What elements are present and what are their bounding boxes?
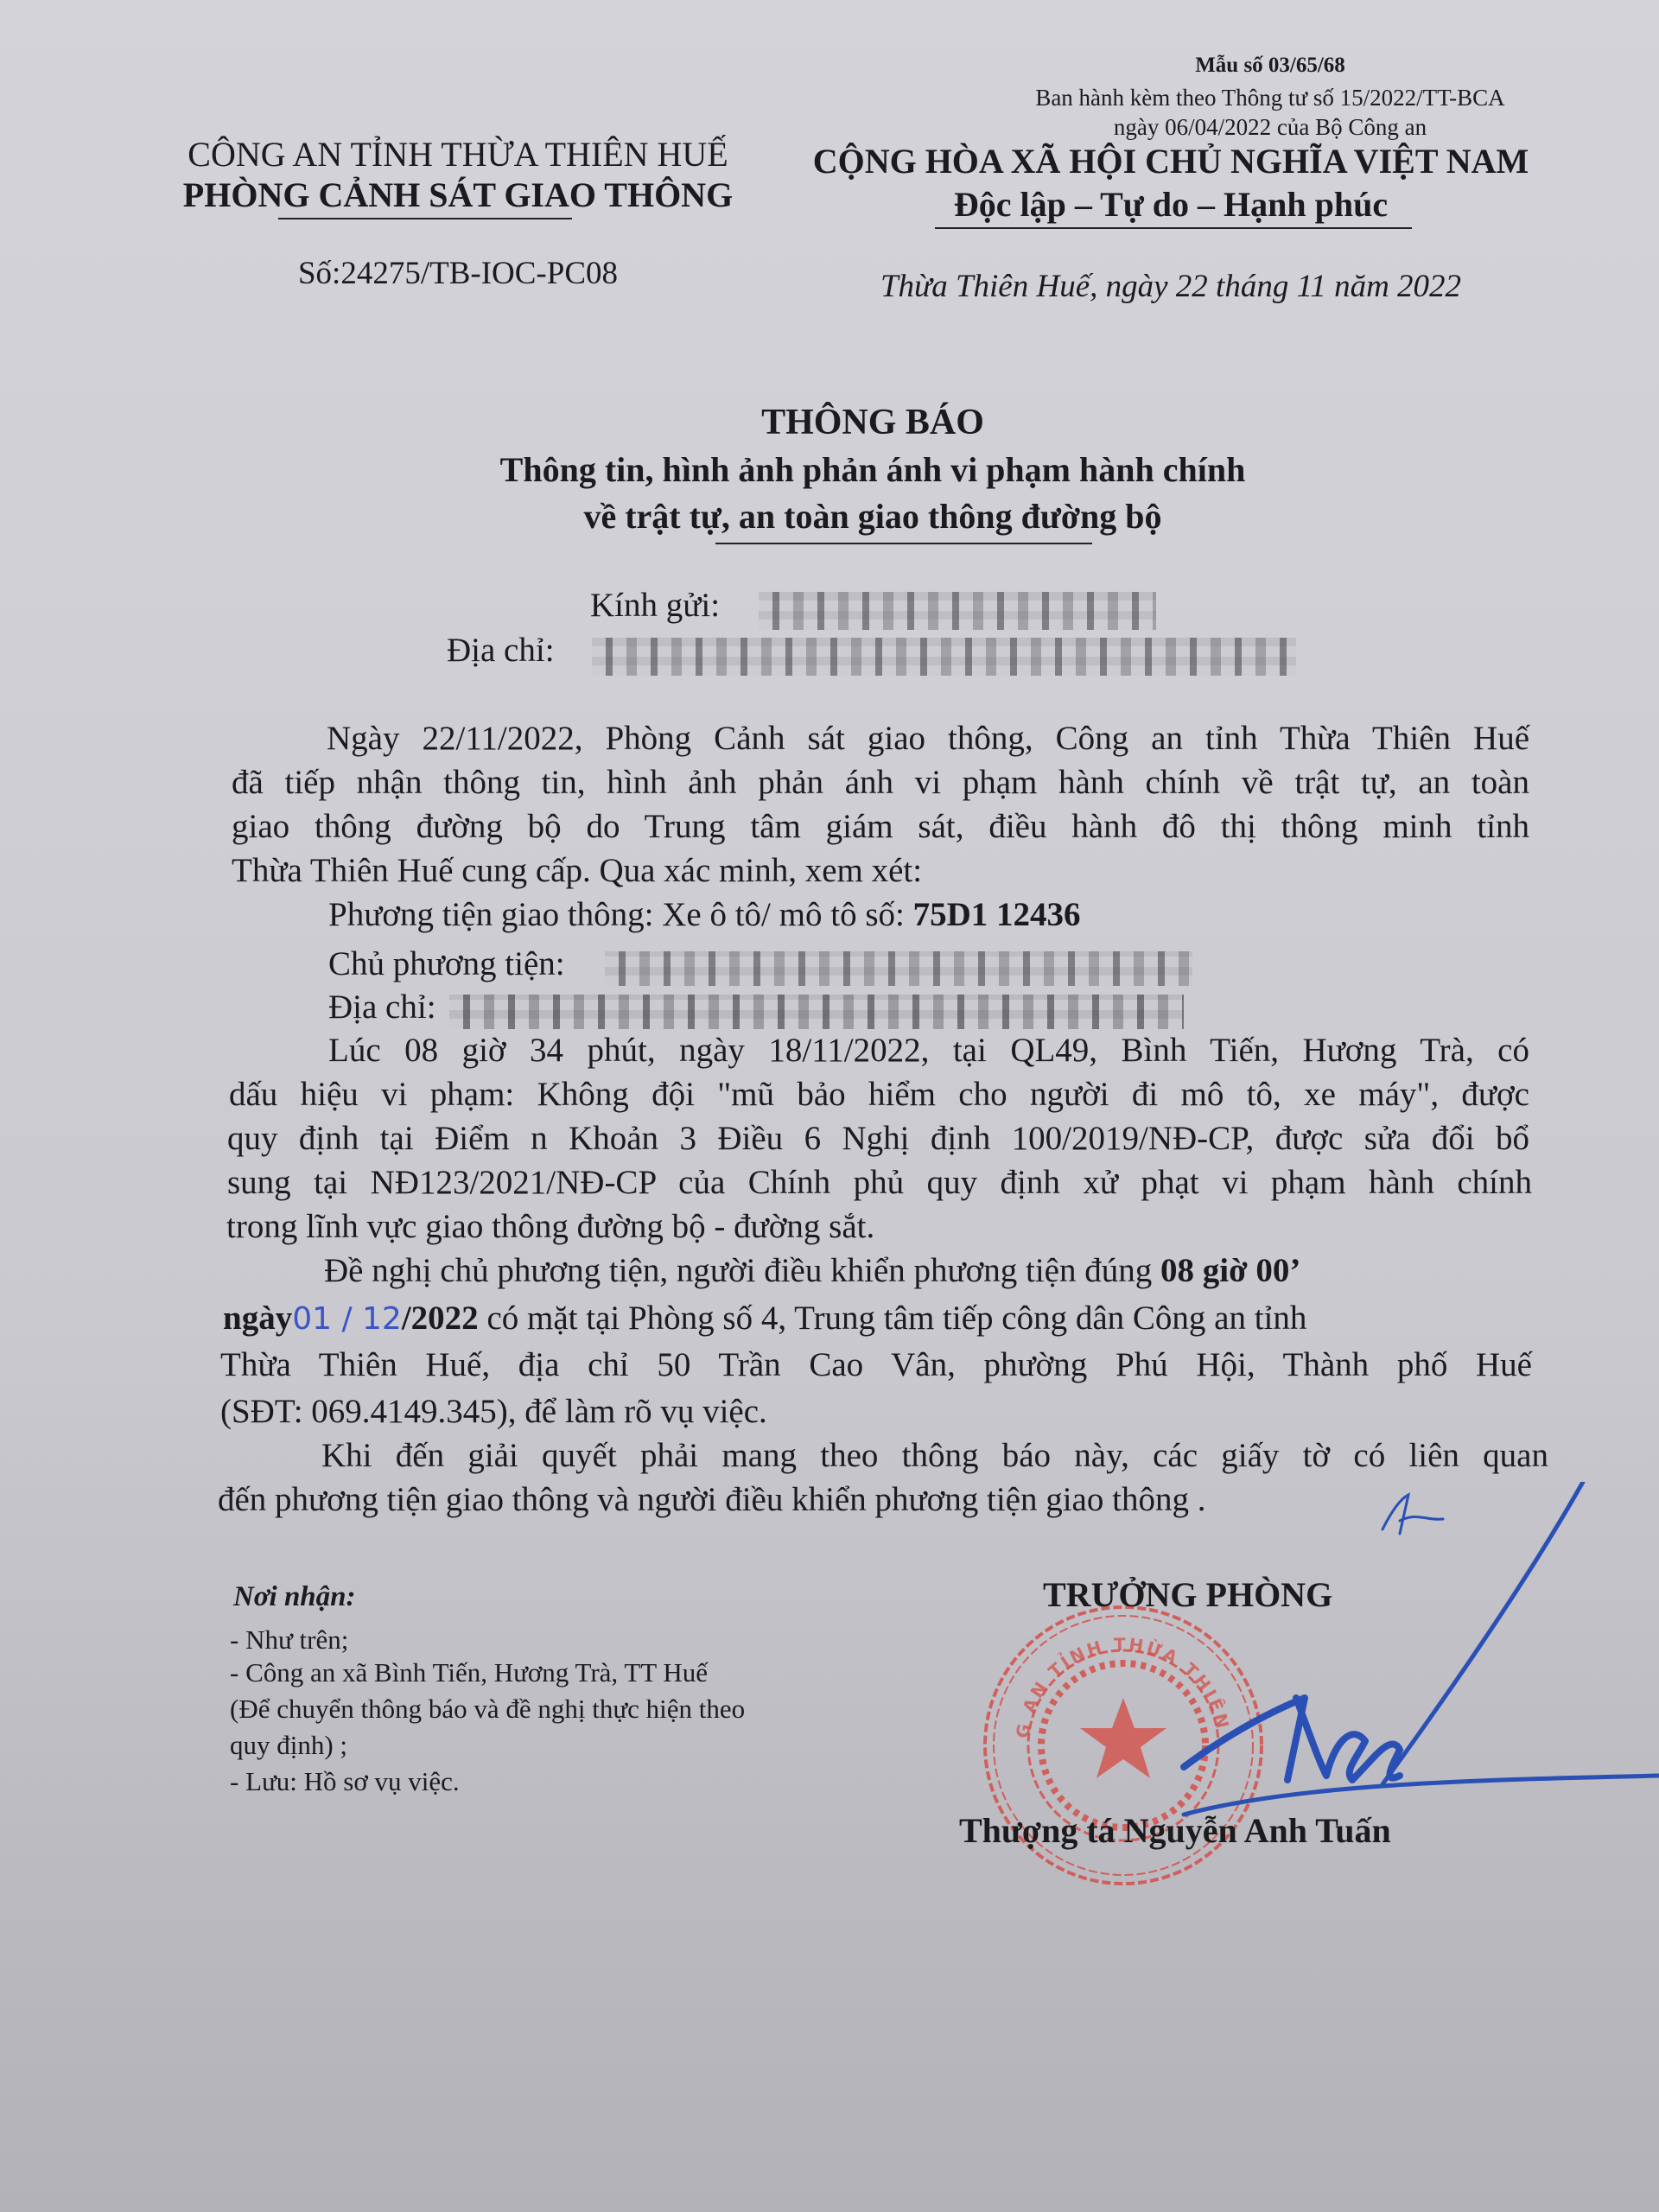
recipient-address-redacted — [592, 638, 1296, 676]
motto-underline — [935, 227, 1412, 229]
closing-line-2: đến phương tiện giao thông và người điều… — [218, 1480, 1205, 1519]
agency-underline — [278, 218, 572, 219]
subtitle-underline — [715, 543, 1092, 544]
owner-redacted — [605, 951, 1192, 986]
owner-label: Chủ phương tiện: — [328, 944, 565, 983]
request-day-label: ngày — [223, 1300, 292, 1337]
vehicle-plate: 75D1 12436 — [913, 896, 1081, 933]
place-date: Thừa Thiên Huế, ngày 22 tháng 11 năm 202… — [782, 268, 1560, 305]
document-subtitle-line-2: về trật tự, an toàn giao thông đường bộ — [259, 496, 1486, 537]
handwritten-day: 01 — [292, 1301, 332, 1337]
initial-mark-icon — [1374, 1486, 1452, 1538]
recipients-item: - Như trên; — [230, 1624, 348, 1656]
body-intro-line: Thừa Thiên Huế cung cấp. Qua xác minh, x… — [232, 851, 922, 890]
vehicle-line: Phương tiện giao thông: Xe ô tô/ mô tô s… — [328, 895, 1081, 934]
agency-parent: CÔNG AN TỈNH THỪA THIÊN HUẾ — [156, 134, 760, 175]
request-line-2: ngày01 / 12/2022 có mặt tại Phòng số 4, … — [223, 1299, 1536, 1338]
recipients-item: (Để chuyển thông báo và đề nghị thực hiệ… — [230, 1694, 745, 1725]
closing-line-1: Khi đến giải quyết phải mang theo thông … — [321, 1436, 1548, 1475]
violation-line: quy định tại Điểm n Khoản 3 Điều 6 Nghị … — [227, 1119, 1529, 1158]
recipients-item: quy định) ; — [230, 1730, 347, 1761]
request-place: có mặt tại Phòng số 4, Trung tâm tiếp cô… — [479, 1300, 1307, 1337]
nation-name: CỘNG HÒA XÃ HỘI CHỦ NGHĨA VIỆT NAM — [782, 141, 1560, 181]
signer-name: Thượng tá Nguyễn Anh Tuấn — [959, 1810, 1391, 1851]
request-time: 08 giờ 00’ — [1160, 1252, 1300, 1289]
request-text: Đề nghị chủ phương tiện, người điều khiể… — [324, 1252, 1160, 1289]
violation-line: dấu hiệu vi phạm: Không đội "mũ bảo hiểm… — [229, 1075, 1529, 1114]
owner-address-label: Địa chỉ: — [328, 988, 436, 1027]
violation-line: sung tại NĐ123/2021/NĐ-CP của Chính phủ … — [227, 1163, 1532, 1202]
body-intro-line: giao thông đường bộ do Trung tâm giám sá… — [232, 807, 1529, 846]
document-number: Số:24275/TB-IOC-PC08 — [156, 255, 760, 292]
recipients-item: - Lưu: Hồ sơ vụ việc. — [230, 1766, 460, 1797]
handwritten-month: 12 — [362, 1301, 402, 1337]
document-title: THÔNG BÁO — [259, 402, 1486, 443]
recipients-item: - Công an xã Bình Tiến, Hương Trà, TT Hu… — [230, 1657, 708, 1688]
violation-line: trong lĩnh vực giao thông đường bộ - đườ… — [226, 1207, 874, 1246]
request-line-4: (SĐT: 069.4149.345), để làm rõ vụ việc. — [220, 1392, 767, 1431]
recipient-address-label: Địa chỉ: — [447, 631, 555, 670]
handwritten-slash: / — [332, 1301, 362, 1337]
owner-address-redacted — [449, 995, 1184, 1029]
agency-name: PHÒNG CẢNH SÁT GIAO THÔNG — [156, 175, 760, 215]
request-year: /2022 — [402, 1300, 479, 1337]
document-subtitle-line-1: Thông tin, hình ảnh phản ánh vi phạm hàn… — [259, 449, 1486, 490]
recipient-label: Kính gửi: — [590, 586, 720, 625]
recipients-title: Nơi nhận: — [233, 1581, 356, 1613]
body-intro-line: đã tiếp nhận thông tin, hình ảnh phản án… — [232, 763, 1529, 802]
vehicle-label: Phương tiện giao thông: Xe ô tô/ mô tô s… — [328, 896, 913, 933]
form-number: Mẫu số 03/65/68 — [968, 54, 1573, 78]
request-line-3: Thừa Thiên Huế, địa chỉ 50 Trần Cao Vân,… — [220, 1345, 1532, 1384]
nation-motto: Độc lập – Tự do – Hạnh phúc — [782, 184, 1560, 225]
form-issued-date: ngày 06/04/2022 của Bộ Công an — [968, 114, 1573, 141]
form-issued-with: Ban hành kèm theo Thông tư số 15/2022/TT… — [933, 85, 1607, 111]
recipient-redacted — [759, 592, 1156, 630]
request-line-1: Đề nghị chủ phương tiện, người điều khiể… — [324, 1251, 1534, 1290]
body-intro-line: Ngày 22/11/2022, Phòng Cảnh sát giao thô… — [327, 719, 1529, 758]
violation-line: Lúc 08 giờ 34 phút, ngày 18/11/2022, tại… — [328, 1031, 1529, 1070]
